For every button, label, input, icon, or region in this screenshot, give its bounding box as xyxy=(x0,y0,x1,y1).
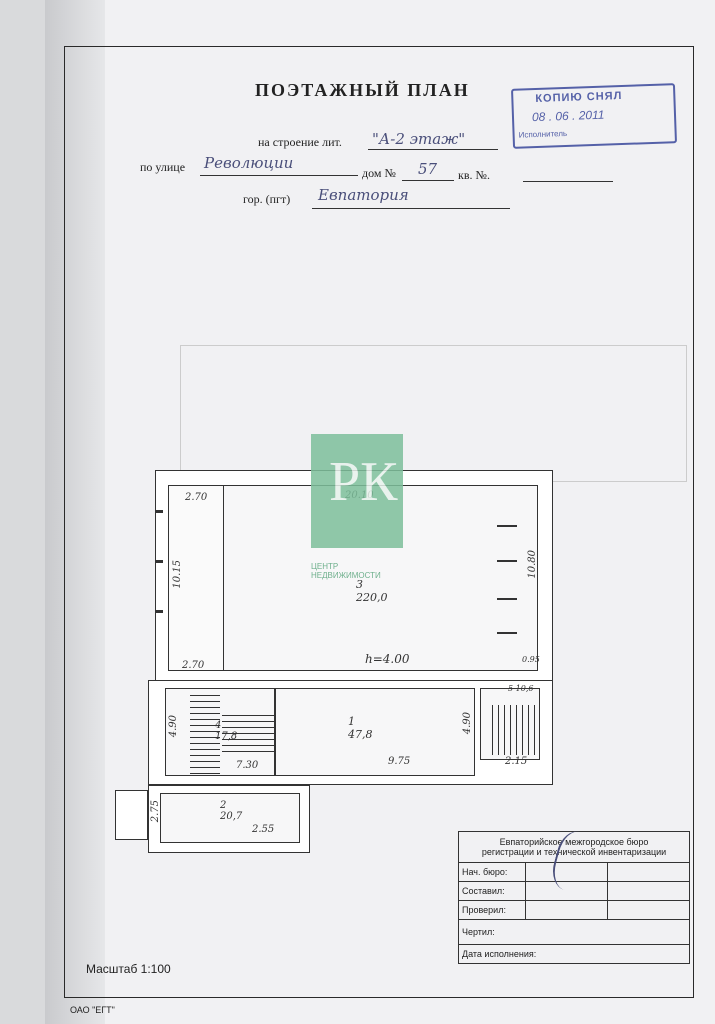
watermark-text: ЦЕНТР НЕДВИЖИМОСТИ xyxy=(311,562,381,580)
street-label: по улице xyxy=(140,160,185,175)
row-date: Дата исполнения: xyxy=(459,945,690,964)
street-value: Революции xyxy=(204,154,293,172)
room-3-area: 220,0 xyxy=(356,591,388,604)
house-value: 57 xyxy=(418,160,437,178)
room-1-id: 1 xyxy=(348,715,355,728)
structure-value: "А-2 этаж" xyxy=(372,130,465,148)
dim-right-stair: 2.15 xyxy=(505,756,527,767)
dim-top-left: 2.70 xyxy=(185,492,207,503)
dim-bottom-room-width: 2.55 xyxy=(252,824,274,835)
room-4-area: 17,8 xyxy=(215,731,237,742)
staircase-right xyxy=(492,705,536,755)
dim-right-small: 0.95 xyxy=(522,655,540,664)
row-compiled: Составил: xyxy=(459,882,526,901)
watermark-logo: РК xyxy=(311,434,403,548)
org-label: ОАО "ЕГТ" xyxy=(70,1005,115,1015)
room-2-area: 20,7 xyxy=(220,811,242,822)
dim-right-vert: 10.80 xyxy=(527,550,538,579)
stamp-executor: Исполнитель xyxy=(518,129,567,140)
room-2-id: 2 xyxy=(220,800,226,811)
house-label: дом № xyxy=(362,166,396,181)
stamp-date: 08 . 06 . 2011 xyxy=(532,108,605,125)
dim-bottom-left: 2.70 xyxy=(182,660,204,671)
dim-corridor-bottom: 9.75 xyxy=(388,756,410,767)
stamp-title: КОПИЮ СНЯЛ xyxy=(535,90,622,105)
watermark-line1: ЦЕНТР xyxy=(311,562,381,571)
house-underline xyxy=(402,180,454,181)
ceiling-height: h=4.00 xyxy=(365,652,410,666)
row-checked: Проверил: xyxy=(459,901,526,920)
room-5-id: 5 xyxy=(508,684,513,693)
structure-label: на строение лит. xyxy=(258,135,342,150)
city-label: гор. (пгт) xyxy=(243,192,290,207)
street-underline xyxy=(200,175,358,176)
porch xyxy=(115,790,148,840)
dim-bottom-room-vert: 2.75 xyxy=(150,800,161,822)
city-value: Евпатория xyxy=(318,186,409,204)
watermark-line2: НЕДВИЖИМОСТИ xyxy=(311,571,381,580)
room-5-label: 5 10,6 xyxy=(508,684,533,693)
room-2-label: 2 20,7 xyxy=(220,800,242,822)
apt-underline xyxy=(523,181,613,182)
city-underline xyxy=(312,208,510,209)
room-1-area: 47,8 xyxy=(348,728,373,741)
copy-stamp: КОПИЮ СНЯЛ 08 . 06 . 2011 Исполнитель xyxy=(511,83,677,149)
dim-stair-left: 4.90 xyxy=(168,715,179,737)
row-head: Нач. бюро: xyxy=(459,863,526,882)
room-1-label: 1 47,8 xyxy=(348,715,373,741)
dim-left-vert: 10.15 xyxy=(172,560,183,589)
room-5-area: 10,6 xyxy=(516,684,534,693)
room-4-id: 4 xyxy=(215,720,221,731)
watermark-letters: РК xyxy=(329,454,398,510)
page-title: ПОЭТАЖНЫЙ ПЛАН xyxy=(255,80,470,101)
row-drawn: Чертил: xyxy=(459,920,690,945)
apt-label: кв. №. xyxy=(458,168,490,183)
room-4-label: 4 17,8 xyxy=(215,720,237,742)
room-1 xyxy=(275,688,475,776)
structure-underline xyxy=(368,149,498,150)
scale-label: Масштаб 1:100 xyxy=(86,962,171,976)
room-3-label: 3 220,0 xyxy=(356,578,388,604)
dim-corridor-right: 4.90 xyxy=(462,712,473,734)
bleed-through-lines xyxy=(180,345,687,482)
dim-corridor-left: 7.30 xyxy=(236,760,258,771)
